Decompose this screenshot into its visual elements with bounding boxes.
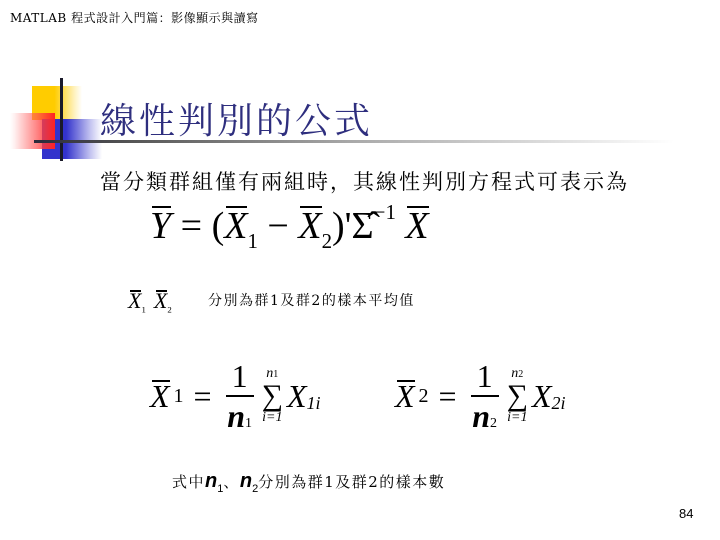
intro-text: 當分類群組僅有兩組時，其線性判別方程式可表示為: [100, 166, 629, 196]
numerator: 1: [226, 360, 254, 392]
denominator: n1: [227, 400, 252, 432]
term-sub: 2i: [552, 393, 566, 414]
summation: n2 ∑ i=1: [507, 367, 528, 425]
sum-lower: i=1: [262, 411, 282, 425]
term: X: [532, 378, 552, 415]
sigma-inverse: −1: [374, 200, 396, 224]
lhs-sub: 2: [419, 385, 429, 408]
x2-sub-small: 2: [167, 304, 171, 314]
mean-formula-1: X1 = 1 n1 n1 ∑ i=1 X1i: [150, 360, 321, 432]
term-sub: 1i: [307, 393, 321, 414]
page-number: 84: [679, 506, 693, 521]
fraction-bar: [226, 395, 254, 397]
x2-sub: 2: [322, 229, 332, 253]
x1-sub-small: 1: [141, 304, 145, 314]
numerator: 1: [471, 360, 499, 392]
n2: n2: [240, 470, 258, 492]
means-symbols: X1 X2: [128, 288, 172, 314]
den-sub: 1: [245, 416, 252, 431]
x2-bar-small: X: [154, 288, 167, 314]
summation: n1 ∑ i=1: [262, 367, 283, 425]
eq-open: = (: [181, 205, 225, 247]
close-paren: )': [332, 205, 352, 247]
fraction: 1 n2: [471, 360, 499, 432]
sigma-symbol: ∑: [507, 381, 528, 411]
lhs-sub: 1: [174, 385, 184, 408]
minus: −: [258, 205, 298, 247]
separator: 、: [223, 473, 240, 491]
denominator: n2: [472, 400, 497, 432]
x-bar: X: [405, 204, 428, 248]
sample-text: 分別為群1及群2的樣本數: [258, 473, 445, 491]
lhs: X: [395, 378, 415, 415]
x1-sub: 1: [247, 229, 257, 253]
mean-formula-2: X2 = 1 n2 n2 ∑ i=1 X2i: [395, 360, 566, 432]
sigma-symbol: ∑: [262, 381, 283, 411]
x1-bar-small: X: [128, 288, 141, 314]
sample-size-note: 式中n1、n2分別為群1及群2的樣本數: [172, 470, 445, 495]
n2-letter: n: [240, 470, 252, 492]
fraction: 1 n1: [226, 360, 254, 432]
prefix: 式中: [172, 473, 205, 491]
n1-letter: n: [205, 470, 217, 492]
term: X: [287, 378, 307, 415]
den-n: n: [227, 398, 245, 434]
decor-vertical-line: [60, 78, 63, 161]
slide-header: MATLAB 程式設計入門篇：影像顯示與讀寫: [10, 9, 259, 26]
x1-bar: X: [224, 204, 247, 248]
den-n: n: [472, 398, 490, 434]
slide-title: 線性判別的公式: [100, 93, 373, 144]
den-sub: 2: [490, 416, 497, 431]
fraction-bar: [471, 395, 499, 397]
sum-lower: i=1: [507, 411, 527, 425]
discriminant-equation: Y = (X1 − X2)'Σ̂−1 X: [150, 200, 429, 254]
equals: =: [194, 378, 212, 415]
lhs: X: [150, 378, 170, 415]
means-description: 分別為群1及群2的樣本平均值: [208, 290, 415, 310]
equals: =: [439, 378, 457, 415]
x2-bar: X: [298, 204, 321, 248]
sigma-hat: Σ̂: [352, 205, 374, 247]
decor-red-square: [10, 113, 55, 149]
n1: n1: [205, 470, 223, 492]
y-bar: Y: [150, 204, 171, 248]
